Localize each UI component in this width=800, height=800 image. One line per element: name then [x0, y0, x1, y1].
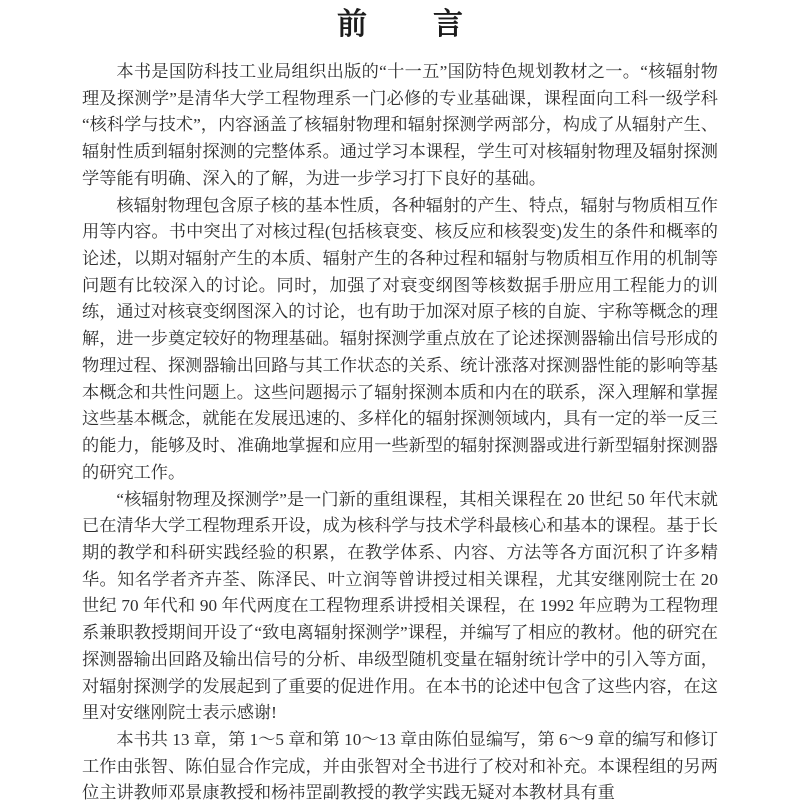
preface-paragraph-3: “核辐射物理及探测学”是一门新的重组课程，其相关课程在 20 世纪 50 年代末… [82, 487, 718, 727]
page-title-char-2: 言 [433, 6, 463, 44]
preface-paragraph-2: 核辐射物理包含原子核的基本性质，各种辐射的产生、特点，辐射与物质相互作用等内容。… [82, 193, 718, 487]
page-title: 前 言 [82, 6, 718, 44]
preface-paragraph-1: 本书是国防科技工业局组织出版的“十一五”国防特色规划教材之一。“核辐射物理及探测… [82, 59, 718, 193]
preface-paragraph-4: 本书共 13 章，第 1～5 章和第 10～13 章由陈伯显编写，第 6～9 章… [82, 727, 718, 800]
preface-body: 本书是国防科技工业局组织出版的“十一五”国防特色规划教材之一。“核辐射物理及探测… [82, 59, 718, 800]
page-title-char-1: 前 [337, 6, 367, 44]
preface-page: 前 言 本书是国防科技工业局组织出版的“十一五”国防特色规划教材之一。“核辐射物… [0, 0, 800, 800]
